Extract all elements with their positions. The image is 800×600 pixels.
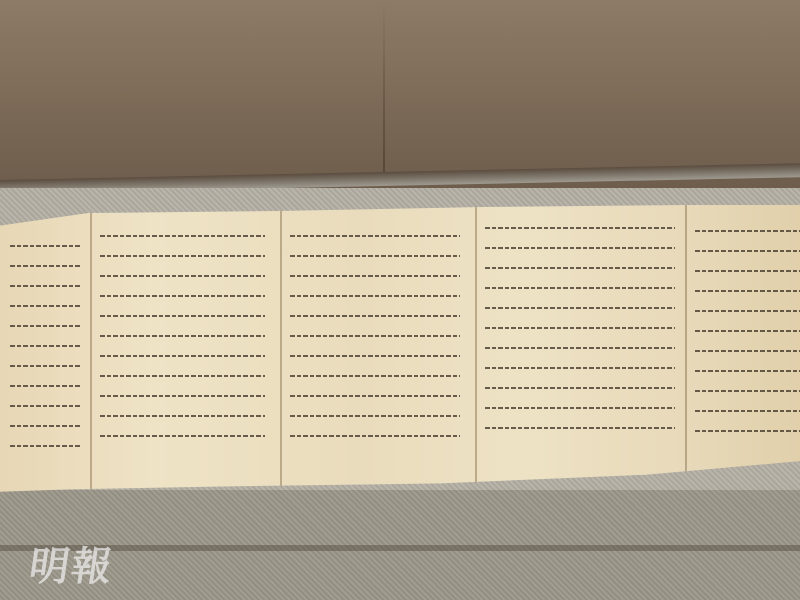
script-line: [290, 315, 460, 317]
script-line: [290, 255, 460, 257]
script-line: [10, 265, 80, 267]
script-line: [10, 425, 80, 427]
script-line: [10, 245, 80, 247]
script-line: [290, 415, 460, 417]
script-line: [10, 385, 80, 387]
script-line: [695, 290, 800, 292]
script-line: [485, 387, 675, 389]
script-line: [695, 270, 800, 272]
script-line: [100, 295, 265, 297]
script-line: [485, 227, 675, 229]
panel-divider: [280, 205, 282, 495]
script-line: [290, 355, 460, 357]
script-line: [290, 235, 460, 237]
script-line: [290, 295, 460, 297]
script-line: [100, 275, 265, 277]
script-line: [100, 435, 265, 437]
script-line: [695, 250, 800, 252]
script-line: [485, 267, 675, 269]
script-line: [100, 315, 265, 317]
script-line: [290, 395, 460, 397]
script-line: [10, 285, 80, 287]
script-line: [485, 287, 675, 289]
script-line: [290, 375, 460, 377]
script-line: [695, 390, 800, 392]
script-line: [695, 230, 800, 232]
script-line: [10, 365, 80, 367]
script-line: [695, 330, 800, 332]
script-line: [100, 255, 265, 257]
manuscript-scroll: [0, 205, 800, 495]
script-line: [100, 395, 265, 397]
script-line: [100, 335, 265, 337]
script-line: [290, 335, 460, 337]
script-line: [100, 235, 265, 237]
script-line: [485, 327, 675, 329]
wall-seam: [383, 0, 385, 180]
script-line: [485, 307, 675, 309]
script-line: [10, 405, 80, 407]
script-line: [10, 445, 80, 447]
watermark-logo: 明報: [26, 535, 118, 592]
script-line: [100, 355, 265, 357]
script-line: [100, 415, 265, 417]
script-line: [100, 375, 265, 377]
script-line: [485, 427, 675, 429]
script-line: [695, 430, 800, 432]
script-line: [10, 305, 80, 307]
panel-divider: [90, 205, 92, 495]
panel-divider: [475, 205, 477, 495]
script-line: [485, 347, 675, 349]
script-line: [290, 435, 460, 437]
script-line: [695, 350, 800, 352]
script-line: [695, 310, 800, 312]
shelf-shadow: [0, 545, 800, 551]
script-line: [485, 247, 675, 249]
script-line: [290, 275, 460, 277]
script-line: [485, 367, 675, 369]
script-line: [695, 370, 800, 372]
script-line: [10, 325, 80, 327]
script-line: [695, 410, 800, 412]
panel-divider: [685, 205, 687, 495]
script-line: [485, 407, 675, 409]
script-line: [10, 345, 80, 347]
